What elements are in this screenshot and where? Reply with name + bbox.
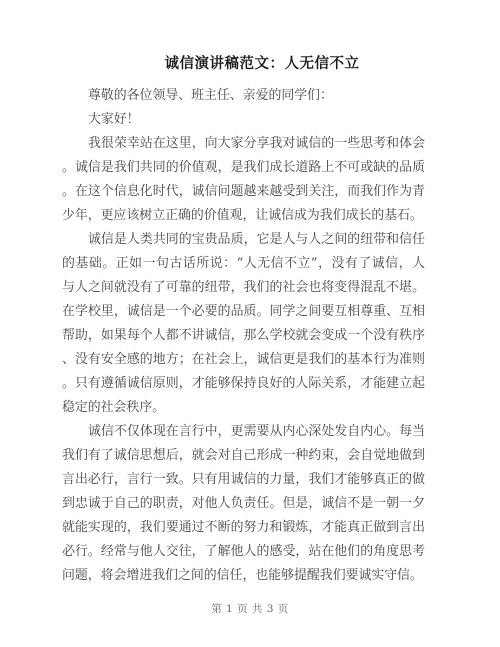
text-line: 大家好！	[62, 108, 425, 132]
text-line: 帮助，如果每个人都不讲诚信，那么学校就会变成一个没有秩序	[62, 324, 425, 348]
text-line: 少年，更应该树立正确的价值观，让诚信成为我们成长的基石。	[62, 204, 425, 228]
text-line: 我们有了诚信思想后，就会对自己形成一种约束，会自觉地做到	[62, 444, 425, 468]
text-line: 就能实现的，我们要通过不断的努力和锻炼，才能真正做到言出	[62, 516, 425, 540]
text-line: 到忠诚于自己的职责，对他人负责任。但是，诚信不是一朝一夕	[62, 492, 425, 516]
text-line: 尊敬的各位领导、班主任、亲爱的同学们：	[62, 84, 425, 108]
text-line: 诚信不仅体现在言行中，更需要从内心深处发自内心。每当	[62, 420, 425, 444]
page-footer: 第 1 页 共 3 页	[0, 600, 500, 618]
text-line: 。在这个信息化时代，诚信问题越来越受到关注，而我们作为青	[62, 180, 425, 204]
document-body: 尊敬的各位领导、班主任、亲爱的同学们：大家好！我很荣幸站在这里，向大家分享我对诚…	[62, 84, 425, 588]
text-line: 我很荣幸站在这里，向大家分享我对诚信的一些思考和体会	[62, 132, 425, 156]
text-line: 。诚信是我们共同的价值观，是我们成长道路上不可或缺的品质	[62, 156, 425, 180]
document-page: 诚信演讲稿范文：人无信不立 尊敬的各位领导、班主任、亲爱的同学们：大家好！我很荣…	[0, 0, 500, 647]
text-line: 言出必行，言行一致。只有用诚信的力量，我们才能够真正的做	[62, 468, 425, 492]
text-line: 、没有安全感的地方；在社会上，诚信更是我们的基本行为准则	[62, 348, 425, 372]
text-line: 的基础。正如一句古话所说：“人无信不立”，没有了诚信，人	[62, 252, 425, 276]
text-line: 在学校里，诚信是一个必要的品质。同学之间要互相尊重、互相	[62, 300, 425, 324]
document-title: 诚信演讲稿范文：人无信不立	[62, 53, 462, 74]
text-line: 诚信是人类共同的宝贵品质，它是人与人之间的纽带和信任	[62, 228, 425, 252]
text-line: 与人之间就没有了可靠的纽带，我们的社会也将变得混乱不堪。	[62, 276, 425, 300]
text-line: 必行。经常与他人交往，了解他人的感受，站在他们的角度思考	[62, 540, 425, 564]
text-line: 问题，将会增进我们之间的信任，也能够提醒我们要诚实守信。	[62, 564, 425, 588]
text-line: 。只有遵循诚信原则，才能够保持良好的人际关系，才能建立起	[62, 372, 425, 396]
text-line: 稳定的社会秩序。	[62, 396, 425, 420]
